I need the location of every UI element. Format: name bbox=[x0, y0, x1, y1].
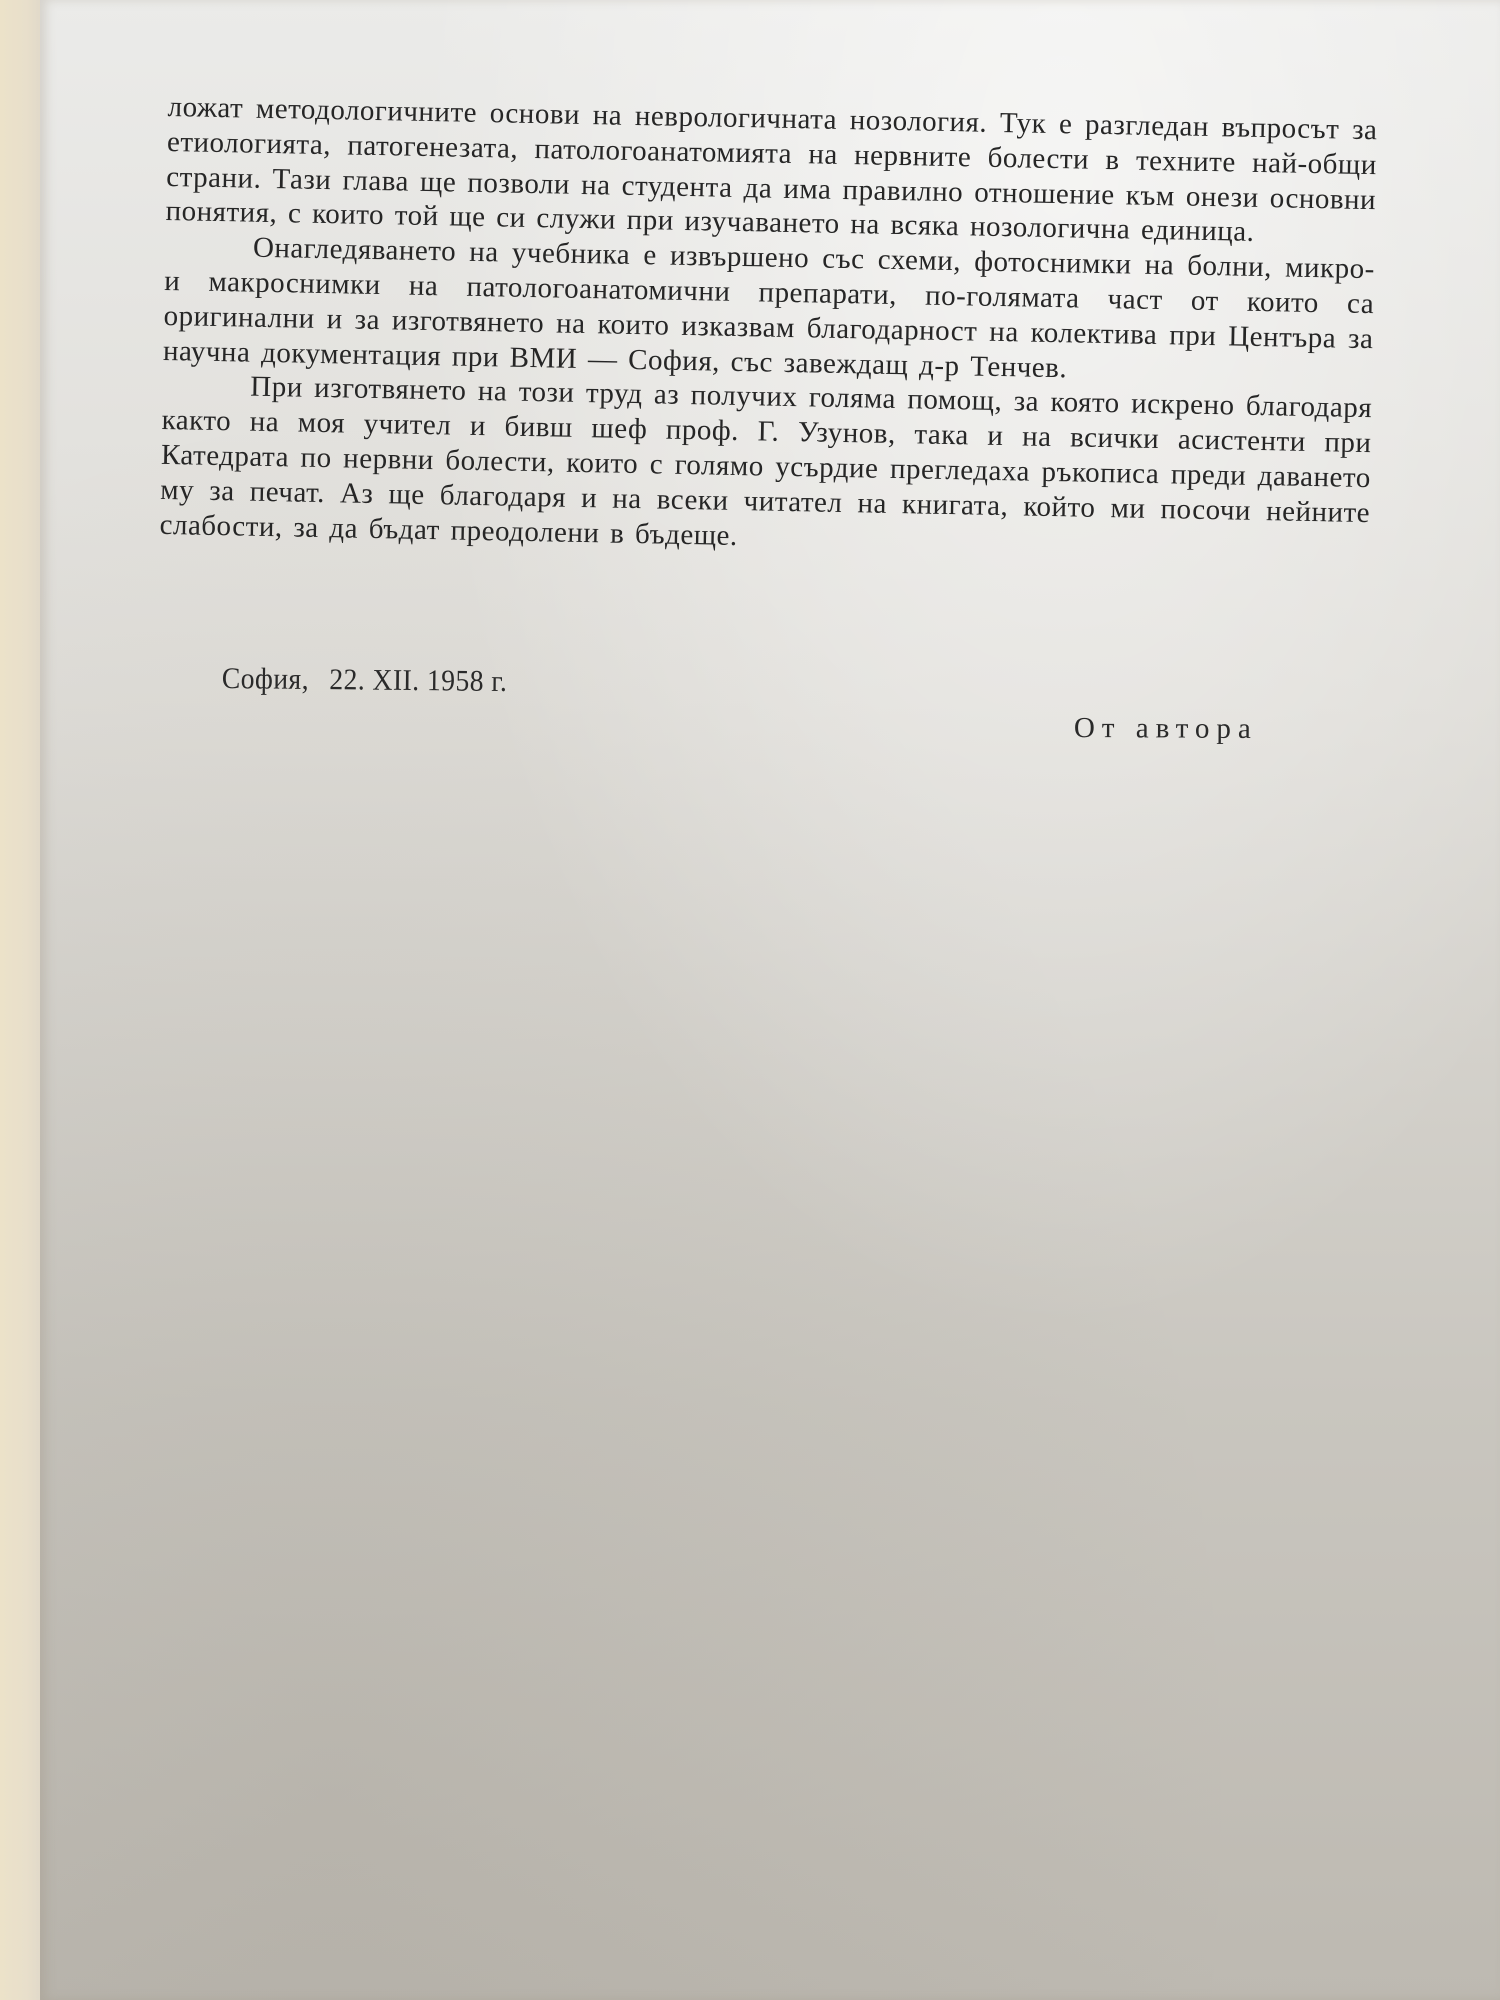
dateline-date: 22. XII. 1958 г. bbox=[329, 663, 507, 698]
author-signature: От автора bbox=[1074, 712, 1258, 746]
paragraph-2: Онагледяването на учебника е извършено с… bbox=[163, 229, 1375, 391]
dateline-place: София, bbox=[222, 662, 310, 696]
preface-text: ложат методологичните основи на невролог… bbox=[159, 90, 1377, 566]
paragraph-3: При изготвянето на този труд аз получих … bbox=[159, 368, 1372, 565]
paragraph-1: ложат методологичните основи на невролог… bbox=[165, 90, 1377, 252]
dateline: София,22. XII. 1958 г. bbox=[222, 662, 528, 699]
